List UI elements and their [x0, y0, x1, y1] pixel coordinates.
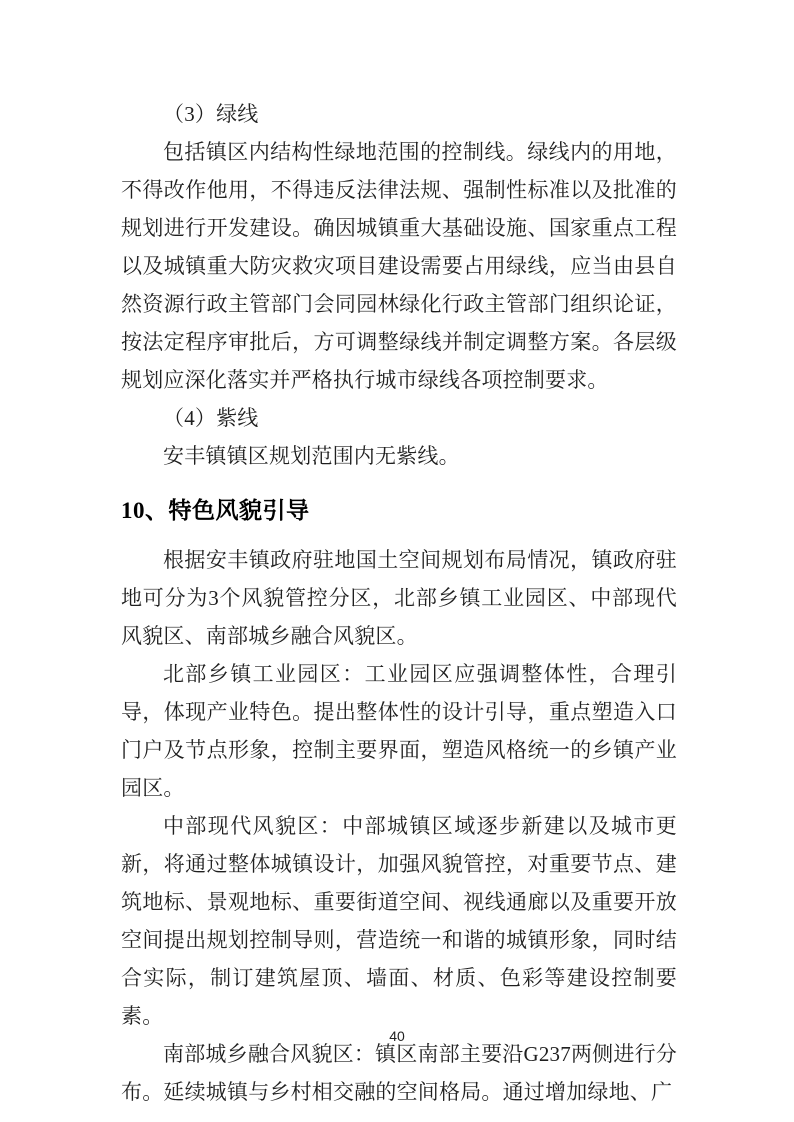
- document-page: （3）绿线 包括镇区内结构性绿地范围的控制线。绿线内的用地，不得改作他用，不得违…: [0, 0, 794, 1122]
- paragraph-style-zones-overview: 根据安丰镇政府驻地国土空间规划布局情况，镇政府驻地可分为3个风貌管控分区，北部乡…: [121, 541, 677, 655]
- paragraph-north-industrial-zone: 北部乡镇工业园区：工业园区应强调整体性，合理引导，体现产业特色。提出整体性的设计…: [121, 655, 677, 807]
- paragraph-central-modern-zone: 中部现代风貌区：中部城镇区域逐步新建以及城市更新，将通过整体城镇设计，加强风貌管…: [121, 807, 677, 1035]
- page-content: （3）绿线 包括镇区内结构性绿地范围的控制线。绿线内的用地，不得改作他用，不得违…: [121, 95, 677, 1111]
- subheading-purple-line: （4）紫线: [121, 399, 677, 437]
- paragraph-south-urban-rural-zone: 南部城乡融合风貌区：镇区南部主要沿G237两侧进行分布。延续城镇与乡村相交融的空…: [121, 1035, 677, 1111]
- section-heading-10: 10、特色风貌引导: [121, 491, 677, 531]
- paragraph-green-line: 包括镇区内结构性绿地范围的控制线。绿线内的用地，不得改作他用，不得违反法律法规、…: [121, 133, 677, 399]
- paragraph-purple-line: 安丰镇镇区规划范围内无紫线。: [121, 437, 677, 475]
- subheading-green-line: （3）绿线: [121, 95, 677, 133]
- page-number: 40: [0, 1028, 794, 1044]
